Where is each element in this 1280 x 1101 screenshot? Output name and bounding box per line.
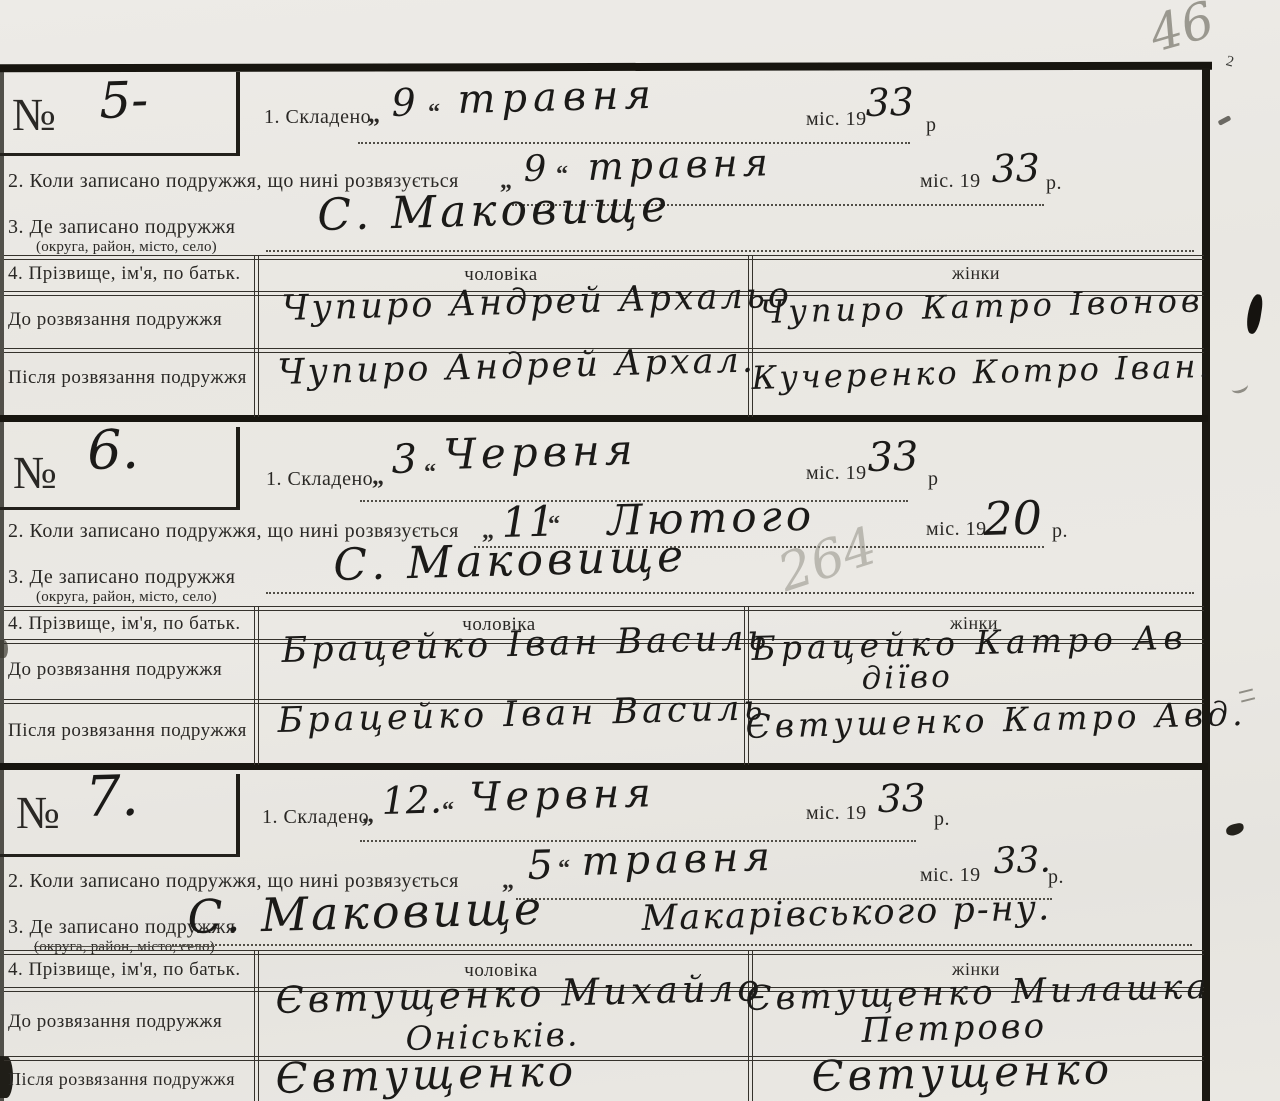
month-year-prefix: міс. 19	[806, 802, 867, 824]
year-suffix: р.	[1046, 172, 1062, 194]
marriage-year: 33	[991, 149, 1040, 188]
table-line	[4, 950, 1204, 955]
record-6: № 6. 1. Складено „ 3 “ Червня міс. 19 33…	[0, 422, 1280, 770]
month-year-prefix: міс. 19	[806, 108, 867, 130]
page-number-pencil: 46	[1144, 0, 1219, 60]
compiled-month: Червня	[469, 773, 656, 818]
close-quote-icon: “	[428, 100, 441, 126]
compiled-day: 3	[391, 439, 417, 480]
place-sublabel: (округа, район, місто, село)	[36, 239, 217, 256]
number-box-underline	[0, 153, 240, 156]
marriage-year: 33.	[993, 843, 1051, 880]
place-value: С. Маковище	[187, 885, 545, 940]
wife-before-value-line2: діїво	[861, 662, 953, 695]
after-row-label: Після розвязання подружжя	[8, 368, 247, 389]
table-line	[4, 255, 1204, 260]
open-quote-icon: „	[362, 802, 375, 828]
number-box-divider	[236, 72, 240, 156]
marriage-day: 9	[523, 151, 547, 188]
compiled-year: 33	[867, 437, 919, 478]
month-year-prefix: міс. 19	[920, 864, 981, 886]
number-box-underline	[0, 507, 240, 510]
row4-label: 4. Прізвище, ім'я, по батьк.	[8, 614, 241, 635]
husband-after-value: Євтущенко	[275, 1050, 578, 1100]
number-sign: №	[12, 90, 56, 141]
record-5: № 5- 1. Складено „ 9 “ травня міс. 19 33…	[0, 66, 1280, 422]
wife-after-value: Євтущенко	[811, 1048, 1114, 1098]
month-year-prefix: міс. 19	[806, 462, 867, 484]
marriage-year: 20	[983, 494, 1043, 542]
compiled-label: 1. Складено	[262, 806, 369, 828]
before-row-label: До розвязання подружжя	[8, 660, 222, 681]
record-number: 7.	[85, 769, 140, 826]
compiled-month: Червня	[443, 429, 638, 476]
block-separator-line	[0, 763, 1208, 770]
marriage-month: травня	[587, 143, 773, 186]
close-quote-icon: “	[558, 856, 571, 882]
dotted-line	[266, 592, 1194, 594]
open-quote-icon: „	[372, 464, 385, 490]
compiled-label: 1. Складено	[264, 106, 371, 128]
record-number: 6.	[87, 423, 140, 478]
number-sign: №	[13, 448, 57, 499]
number-box-divider	[236, 774, 240, 854]
month-year-prefix: міс. 19	[926, 518, 987, 540]
row4-label: 4. Прізвище, ім'я, по батьк.	[8, 264, 241, 285]
year-suffix: р	[926, 114, 937, 136]
before-row-label: До розвязання подружжя	[8, 1012, 222, 1033]
compiled-year: 33	[865, 83, 914, 122]
year-suffix: р.	[1052, 520, 1068, 542]
after-row-label: Після розвязання подружжя	[8, 721, 247, 742]
compiled-label: 1. Складено	[266, 468, 373, 490]
year-suffix: р.	[1048, 866, 1064, 888]
place-label: 3. Де записано подружжя	[8, 216, 236, 238]
row4-label: 4. Прізвище, ім'я, по батьк.	[8, 960, 241, 981]
wife-before-value-line2: Петрово	[861, 1009, 1047, 1048]
place-value: С. Маковище	[333, 535, 688, 588]
place-extra-value: Макарівського р-ну.	[641, 891, 1051, 937]
number-sign: №	[16, 788, 60, 839]
year-suffix: р.	[934, 808, 950, 830]
month-year-prefix: міс. 19	[920, 170, 981, 192]
number-box-divider	[236, 427, 240, 508]
scanned-registry-page: 46 2 № 5- 1. Складено „ 9 “ травня міс. …	[0, 0, 1280, 1101]
compiled-year: 33	[877, 779, 926, 818]
open-quote-icon: „	[368, 102, 381, 128]
record-7: № 7. 1. Складено „ 12. “ Червня міс. 19 …	[0, 770, 1280, 1101]
place-label: 3. Де записано подружжя	[8, 566, 236, 588]
number-box-underline	[0, 854, 240, 857]
compiled-day: 12.	[381, 780, 442, 820]
compiled-month: травня	[457, 75, 657, 120]
place-sublabel: (округа, район, місто, село)	[36, 589, 217, 606]
compiled-day: 9	[391, 83, 416, 122]
dotted-line	[266, 250, 1194, 252]
year-suffix: р	[928, 468, 939, 490]
close-quote-icon: “	[442, 798, 455, 824]
after-row-label: Після розвязання подружжя	[8, 1070, 235, 1090]
record-number: 5-	[99, 75, 149, 126]
wife-column-header: жінки	[752, 264, 1200, 284]
close-quote-icon: “	[424, 460, 437, 486]
block-separator-line	[0, 415, 1208, 422]
before-row-label: До розвязання подружжя	[8, 310, 222, 331]
marriage-month: травня	[581, 837, 775, 882]
table-line	[4, 606, 1204, 611]
place-value: С. Маковище	[317, 185, 672, 238]
dotted-line	[172, 944, 1192, 946]
